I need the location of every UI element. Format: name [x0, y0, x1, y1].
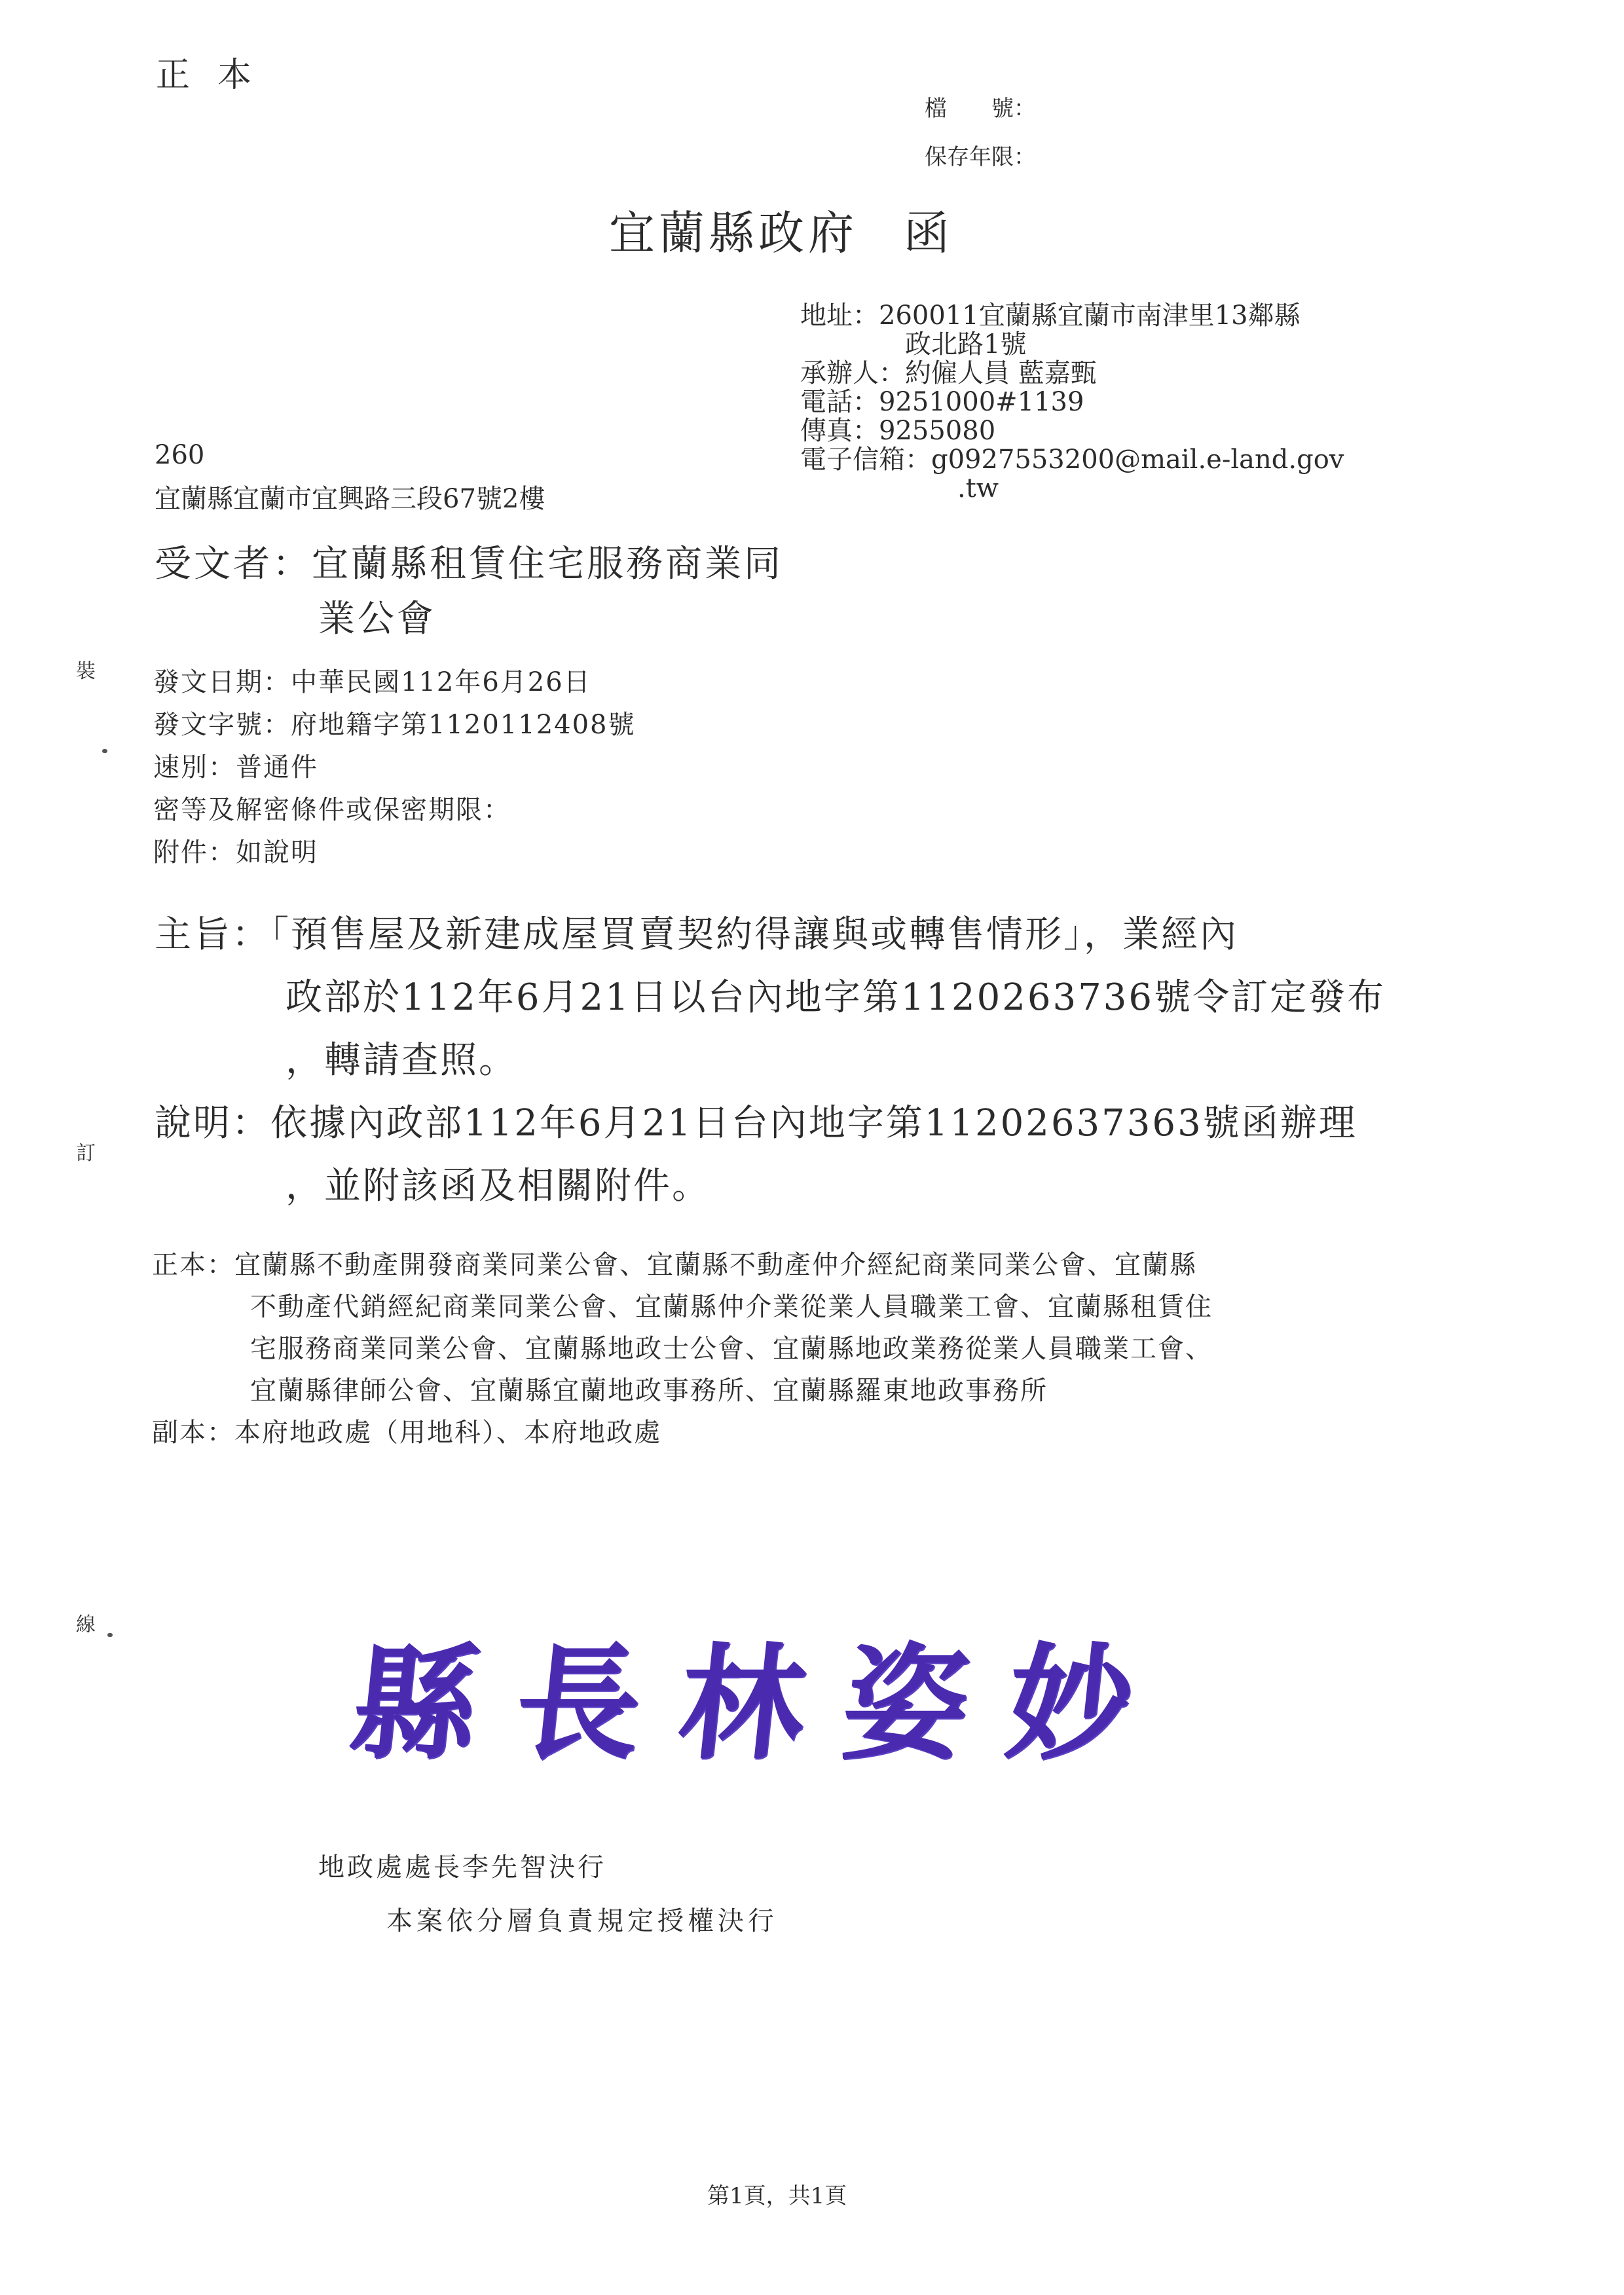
copy-label: 副本：: [152, 1418, 234, 1448]
subject-text-line2: 政部於112年6月21日以台內地字第1120263736號令訂定發布: [155, 966, 1386, 1029]
explanation-label: 說明：: [155, 1102, 270, 1145]
address-line2: 政北路1號: [800, 330, 1344, 359]
binding-mark-line: 線: [76, 1608, 96, 1637]
magistrate-signature-stamp: 縣長林姿妙: [344, 1604, 1182, 1783]
handler-value: 約僱人員 藍嘉甄: [905, 358, 1097, 388]
retention-period-field: 保存年限：: [925, 139, 1036, 171]
copy-type-mark: 正本: [156, 47, 279, 96]
classification: 密等及解密條件或保密期限：: [153, 789, 636, 832]
handler-label: 承辦人：: [800, 358, 905, 388]
recipient-label: 受文者：: [155, 543, 312, 585]
original-label: 正本：: [152, 1250, 234, 1280]
sender-contact-block: 地址：260011宜蘭縣宜蘭市南津里13鄰縣 政北路1號 承辦人：約僱人員 藍嘉…: [800, 301, 1344, 503]
explanation-line1: 說明：依據內政部112年6月21日台內地字第11202637363號函辦理: [155, 1092, 1357, 1155]
email-label: 電子信箱：: [800, 445, 931, 475]
file-number-field: 檔 號：: [925, 90, 1036, 122]
phone-label: 電話：: [800, 387, 879, 417]
original-text-line4: 宜蘭縣律師公會、宜蘭縣宜蘭地政事務所、宜蘭縣羅東地政事務所: [152, 1370, 1213, 1412]
email-line2[interactable]: .tw: [800, 474, 1344, 503]
original-text-line2: 不動產代銷經紀商業同業公會、宜蘭縣仲介業從業人員職業工會、宜蘭縣租賃住: [152, 1286, 1213, 1328]
file-number-label: 檔 號：: [925, 96, 1036, 122]
email-line1[interactable]: g0927553200@mail.e-land.gov: [931, 445, 1344, 475]
recipient-mailing-address: 宜蘭縣宜蘭市宜興路三段67號2樓: [155, 478, 545, 515]
address-line1: 260011宜蘭縣宜蘭市南津里13鄰縣: [879, 301, 1301, 331]
binding-dot: [107, 1633, 113, 1637]
email-row: 電子信箱：g0927553200@mail.e-land.gov: [800, 445, 1344, 474]
recipient-name-line1: 宜蘭縣租賃住宅服務商業同: [312, 543, 783, 585]
subject-label: 主旨：: [155, 913, 270, 956]
original-recipients-line1: 正本：宜蘭縣不動產開發商業同業公會、宜蘭縣不動產仲介經紀商業同業公會、宜蘭縣: [152, 1244, 1213, 1286]
recipient-block: 受文者：宜蘭縣租賃住宅服務商業同 業公會: [155, 537, 783, 647]
fax-value: 9255080: [879, 416, 995, 446]
document-meta: 發文日期：中華民國112年6月26日 發文字號：府地籍字第1120112408號…: [153, 661, 636, 874]
subject-section: 主旨：「預售屋及新建成屋買賣契約得讓與或轉售情形」，業經內 政部於112年6月2…: [155, 904, 1386, 1092]
explanation-text-line1: 依據內政部112年6月21日台內地字第11202637363號函辦理: [270, 1102, 1357, 1145]
delegation-line2: 本案依分層負責規定授權決行: [386, 1900, 778, 1937]
original-text-line1: 宜蘭縣不動產開發商業同業公會、宜蘭縣不動產仲介經紀商業同業公會、宜蘭縣: [234, 1250, 1197, 1280]
recipient-name-line2: 業公會: [155, 592, 783, 647]
original-text-line3: 宅服務商業同業公會、宜蘭縣地政士公會、宜蘭縣地政業務從業人員職業工會、: [152, 1328, 1213, 1370]
title-org: 宜蘭縣政府: [609, 206, 858, 260]
handler-row: 承辦人：約僱人員 藍嘉甄: [800, 359, 1344, 388]
document-number: 發文字號：府地籍字第1120112408號: [153, 704, 636, 746]
retention-label: 保存年限：: [925, 144, 1036, 170]
binding-mark-staple: 訂: [76, 1137, 96, 1166]
copy-text: 本府地政處（用地科）、本府地政處: [234, 1418, 661, 1448]
explanation-text-line2: ，並附該函及相關附件。: [155, 1155, 1357, 1218]
recipient-line1: 受文者：宜蘭縣租賃住宅服務商業同: [155, 537, 783, 592]
address-row: 地址：260011宜蘭縣宜蘭市南津里13鄰縣: [800, 301, 1344, 330]
delegation-line1: 地政處處長李先智決行: [318, 1846, 606, 1884]
phone-row: 電話：9251000#1139: [800, 388, 1344, 416]
title-doc-type: 函: [904, 206, 953, 260]
attachments: 附件：如說明: [153, 832, 636, 874]
issue-date: 發文日期：中華民國112年6月26日: [153, 661, 636, 704]
subject-line1: 主旨：「預售屋及新建成屋買賣契約得讓與或轉售情形」，業經內: [155, 904, 1386, 966]
page-indicator: 第1頁，共1頁: [707, 2178, 847, 2210]
binding-mark-bind: 裝: [76, 655, 96, 684]
copy-recipients-line: 副本：本府地政處（用地科）、本府地政處: [152, 1412, 1213, 1454]
fax-row: 傳真：9255080: [800, 416, 1344, 445]
explanation-section: 說明：依據內政部112年6月21日台內地字第11202637363號函辦理 ，並…: [155, 1092, 1357, 1218]
document-title: 宜蘭縣政府函: [609, 196, 953, 263]
phone-value: 9251000#1139: [879, 387, 1084, 417]
subject-text-line3: ，轉請查照。: [155, 1029, 1386, 1092]
distribution-section: 正本：宜蘭縣不動產開發商業同業公會、宜蘭縣不動產仲介經紀商業同業公會、宜蘭縣 不…: [152, 1244, 1213, 1454]
recipient-zip: 260: [155, 440, 204, 470]
binding-dot: [102, 749, 107, 753]
subject-text-line1: 「預售屋及新建成屋買賣契約得讓與或轉售情形」，業經內: [270, 913, 1238, 956]
speed-category: 速別：普通件: [153, 746, 636, 789]
fax-label: 傳真：: [800, 416, 879, 446]
address-label: 地址：: [800, 301, 879, 331]
